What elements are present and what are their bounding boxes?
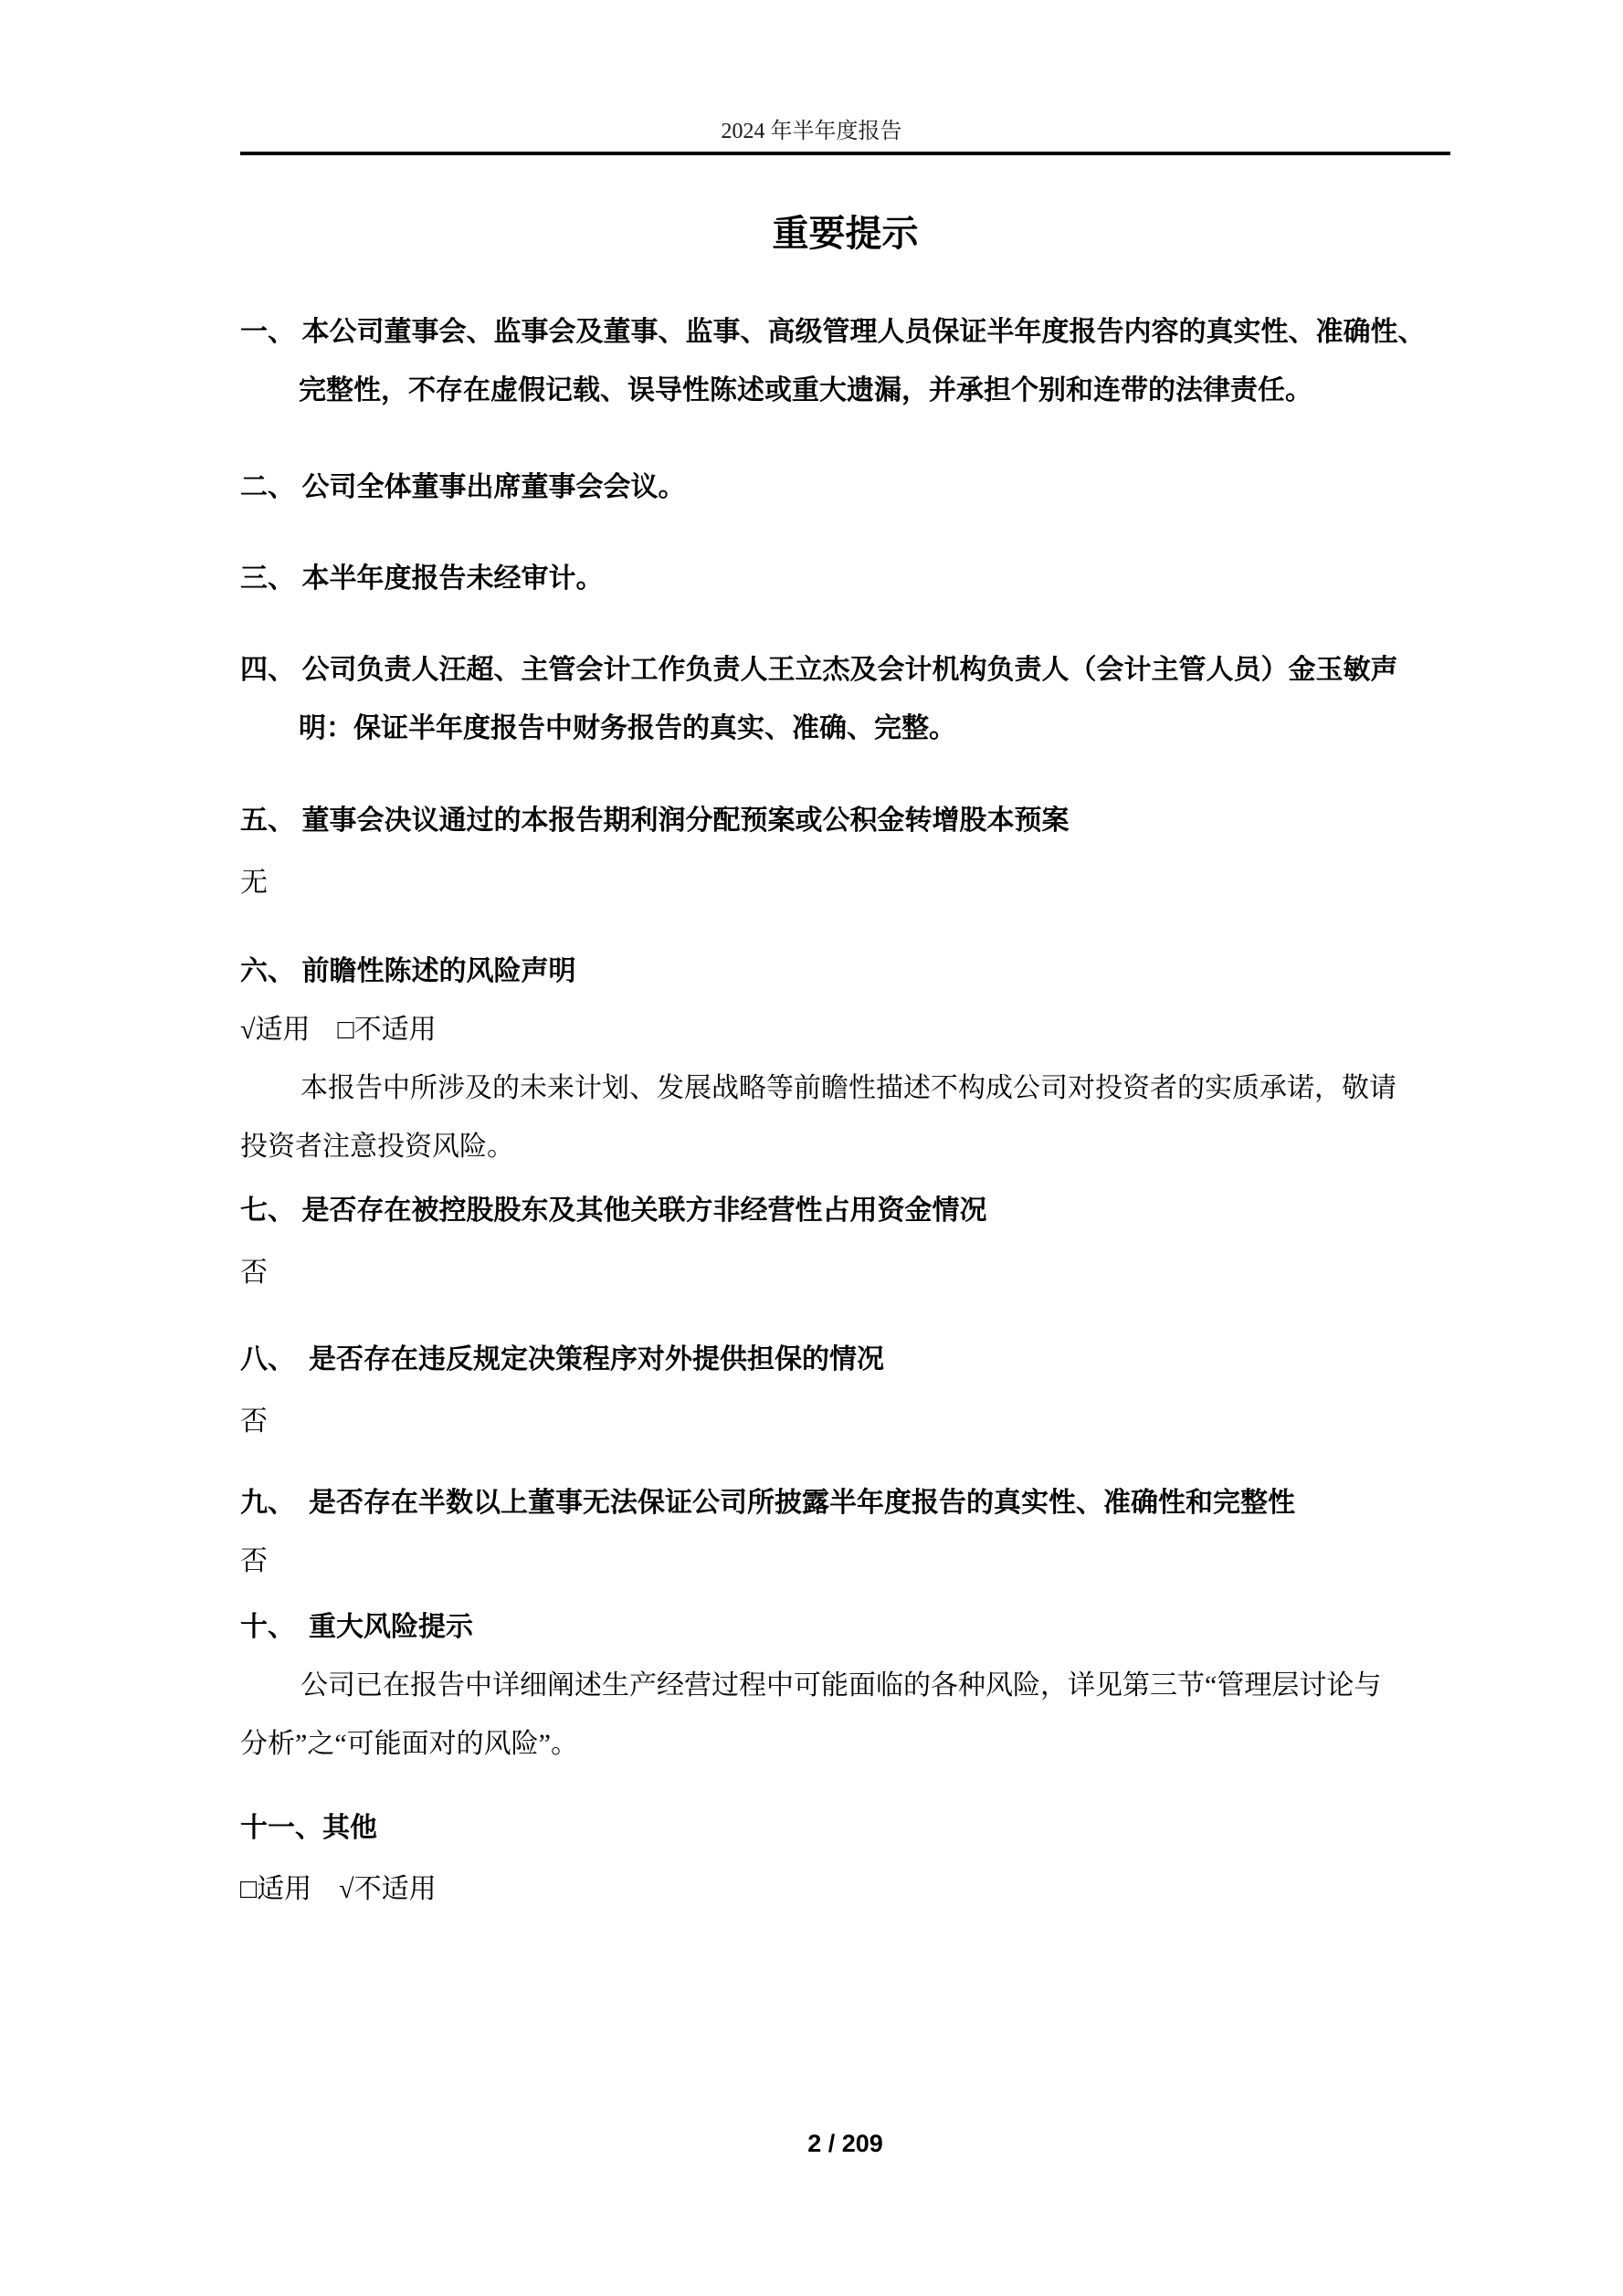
- section-6-heading: 六、 前瞻性陈述的风险声明: [240, 943, 1450, 1001]
- page-footer: 2 / 209: [240, 2128, 1450, 2159]
- report-period-header: 2024 年半年度报告: [0, 0, 1623, 148]
- section-2-text: 二、 公司全体董事出席董事会会议。: [240, 458, 1450, 517]
- report-page: 2024 年半年度报告 重要提示 一、 本公司董事会、监事会及董事、监事、高级管…: [0, 0, 1623, 2296]
- section-11-heading: 十一、其他: [240, 1799, 1450, 1858]
- section-4-text-line-1: 四、 公司负责人汪超、主管会计工作负责人王立杰及会计机构负责人（会计主管人员）金…: [240, 641, 1450, 700]
- section-8-heading: 八、 是否存在违反规定决策程序对外提供担保的情况: [240, 1331, 1450, 1389]
- section-6-applicability: √适用 □不适用: [240, 1001, 1450, 1059]
- section-6-para-line-1: 本报告中所涉及的未来计划、发展战略等前瞻性描述不构成公司对投资者的实质承诺，敬请: [240, 1059, 1450, 1118]
- section-5-heading: 五、 董事会决议通过的本报告期利润分配预案或公积金转增股本预案: [240, 792, 1450, 850]
- section-10-heading: 十、 重大风险提示: [240, 1598, 1450, 1657]
- section-1-text-line-2: 完整性，不存在虚假记载、误导性陈述或重大遗漏，并承担个别和连带的法律责任。: [240, 362, 1450, 420]
- document-body: 重要提示 一、 本公司董事会、监事会及董事、监事、高级管理人员保证半年度报告内容…: [240, 210, 1450, 1919]
- section-8-answer: 否: [240, 1393, 1450, 1451]
- section-11-applicability: □适用 √不适用: [240, 1860, 1450, 1919]
- section-1-text-line-1: 一、 本公司董事会、监事会及董事、监事、高级管理人员保证半年度报告内容的真实性、…: [240, 303, 1450, 362]
- section-3-text: 三、 本半年度报告未经审计。: [240, 550, 1450, 608]
- section-10-para-line-2: 分析”之“可能面对的风险”。: [240, 1715, 1450, 1774]
- page-title: 重要提示: [240, 210, 1450, 258]
- header-divider: [240, 152, 1450, 155]
- section-6-para-line-2: 投资者注意投资风险。: [240, 1118, 1450, 1176]
- section-4-text-line-2: 明：保证半年度报告中财务报告的真实、准确、完整。: [240, 700, 1450, 758]
- section-9-heading: 九、 是否存在半数以上董事无法保证公司所披露半年度报告的真实性、准确性和完整性: [240, 1474, 1450, 1532]
- section-5-answer: 无: [240, 854, 1450, 912]
- page-number: 2 / 209: [807, 2130, 883, 2157]
- section-7-heading: 七、 是否存在被控股股东及其他关联方非经营性占用资金情况: [240, 1182, 1450, 1240]
- section-10-para-line-1: 公司已在报告中详细阐述生产经营过程中可能面临的各种风险，详见第三节“管理层讨论与: [240, 1657, 1450, 1715]
- section-9-answer: 否: [240, 1532, 1450, 1591]
- section-7-answer: 否: [240, 1244, 1450, 1302]
